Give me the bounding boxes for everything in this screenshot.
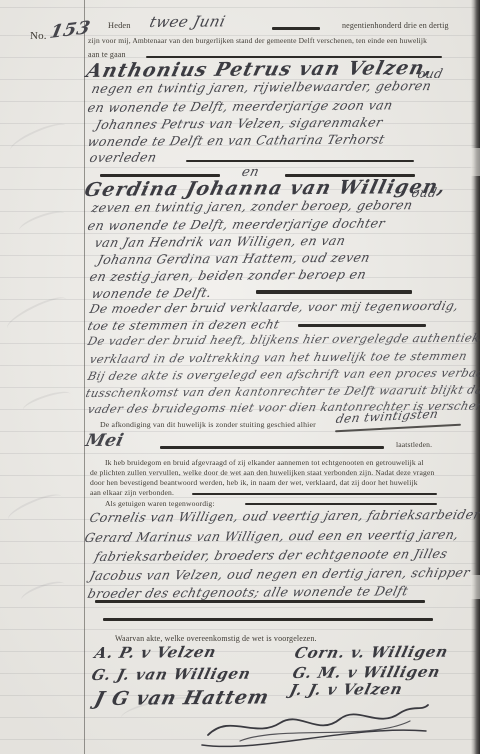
header-year: negentienhonderd drie en dertig xyxy=(342,21,449,30)
signature-witness-1: Corn. v. Willigen xyxy=(293,643,450,662)
witness-line: Jacobus van Velzen, oud negen en dertig … xyxy=(88,565,471,583)
filler-rule xyxy=(186,160,414,162)
witness-line: Gerard Marinus van Willigen, oud een en … xyxy=(83,527,460,545)
father-consent-line: De vader der bruid heeft, blijkens hier … xyxy=(86,330,480,348)
announcement-month-handwritten: Mei xyxy=(84,431,126,451)
vows-line: door hen bevestigend beantwoord werden, … xyxy=(90,478,418,487)
mother-consent-line: toe te stemmen in dezen echt xyxy=(86,317,281,333)
bride-line: en wonende te Delft, meerderjarige docht… xyxy=(86,215,387,233)
signature-bride: G. J. van Willigen xyxy=(90,665,253,684)
groom-line: Johannes Petrus van Velzen, sigarenmaker xyxy=(94,115,384,132)
margin-rule-line xyxy=(84,0,85,754)
filler-rule xyxy=(298,324,426,327)
bride-name-suffix: oud xyxy=(410,185,438,200)
witness-intro: Als getuigen waren tegenwoordig: xyxy=(105,499,215,508)
groom-line: wonende te Delft en van Catharina Terhor… xyxy=(86,131,386,149)
filler-rule xyxy=(245,503,437,505)
groom-line: en wonende te Delft, meerderjarige zoon … xyxy=(86,97,394,115)
filler-rule-thick xyxy=(256,290,412,294)
witness-line: broeder des echtgenoots; alle wonende te… xyxy=(86,583,410,601)
header-date-handwritten: twee Juni xyxy=(148,12,228,31)
bride-line: en zestig jaren, beiden zonder beroep en xyxy=(88,267,368,284)
book-edge-gap xyxy=(471,575,480,599)
filler-dash xyxy=(272,27,320,30)
filler-rule xyxy=(192,493,437,495)
filler-rule xyxy=(160,446,384,449)
announcement-printed: De afkondiging van dit huwelijk is zonde… xyxy=(100,420,316,429)
header-line3: aan te gaan xyxy=(88,50,126,59)
groom-line: negen en twintig jaren, rijwielbewaarder… xyxy=(90,78,433,96)
mother-consent-line: De moeder der bruid verklaarde, voor mij… xyxy=(88,299,460,316)
witness-line: Cornelis van Willigen, oud veertig jaren… xyxy=(88,507,480,525)
bride-line: zeven en twintig jaren, zonder beroep, g… xyxy=(90,197,414,215)
filler-rule-thick xyxy=(95,600,425,603)
father-consent-line: Bij deze akte is overgelegd een afschrif… xyxy=(86,365,480,383)
father-consent-line: verklaard in de voltrekking van het huwe… xyxy=(88,349,468,366)
vows-line: Ik heb bruidegom en bruid afgevraagd of … xyxy=(105,458,424,467)
closing-statement: Waarvan akte, welke overeenkomstig de we… xyxy=(115,634,317,643)
act-number-label: No. xyxy=(30,30,47,42)
announcement-suffix: laatstleden. xyxy=(396,440,432,449)
bride-line: Johanna Gerdina van Hattem, oud zeven xyxy=(96,250,372,267)
book-edge-gap xyxy=(471,148,480,176)
vows-line: de plichten zullen vervullen, welke door… xyxy=(90,468,434,477)
header-heden: Heden xyxy=(108,21,131,30)
registrar-signature-flourish xyxy=(200,695,435,753)
signature-groom: A. P. v Velzen xyxy=(93,643,219,662)
witness-line: fabrieksarbeider, broeders der echtgenoo… xyxy=(93,546,449,564)
header-line2: zijn voor mij, Ambtenaar van den burgerl… xyxy=(88,36,427,45)
groom-line: overleden xyxy=(88,149,158,165)
act-number-value: 153 xyxy=(48,17,92,43)
signature-witness-2: G. M. v Willigen xyxy=(291,663,442,682)
filler-rule-thick xyxy=(103,618,433,621)
filler-rule xyxy=(100,174,220,177)
father-consent-line: tusschenkomst van den kantonrechter te D… xyxy=(84,382,480,400)
vows-line: aan elkaar zijn verbonden. xyxy=(90,488,174,497)
bride-line: van Jan Hendrik van Willigen, en van xyxy=(93,233,347,250)
bride-line: wonende te Delft. xyxy=(90,285,213,301)
marriage-certificate-page: No. 153 Heden twee Juni negentienhonderd… xyxy=(0,0,480,754)
